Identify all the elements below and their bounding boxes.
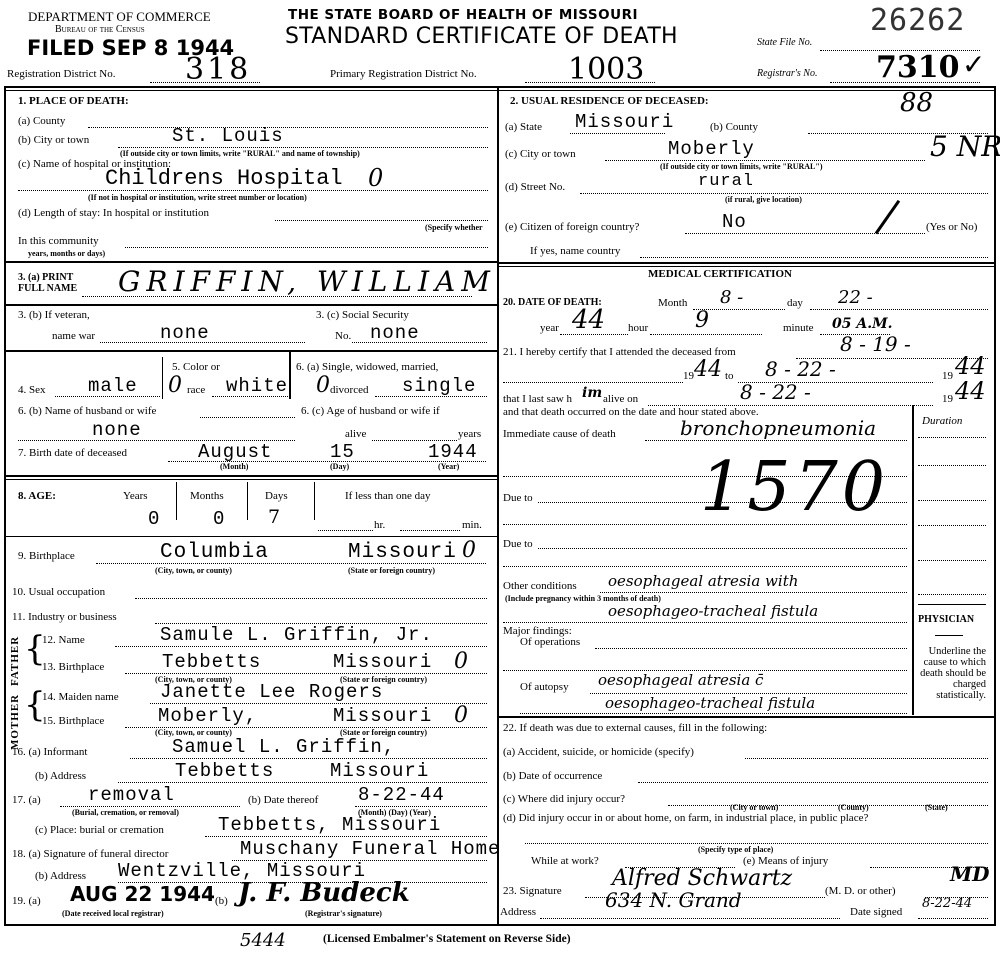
registrar-date-stamp: AUG 22 1944 (70, 882, 215, 906)
md-value[interactable]: MD (950, 862, 989, 886)
mother-birthplace-label: 15. Birthplace (42, 715, 104, 727)
last-saw-label-2: alive on (603, 393, 638, 405)
immediate-cause-label: Immediate cause of death (503, 428, 616, 440)
residence-margin-note-1: 88 (900, 88, 933, 118)
marital-value[interactable]: single (402, 375, 476, 397)
duration-line-6[interactable] (918, 594, 986, 595)
res-city-note: (If outside city or town limits, write "… (660, 162, 823, 171)
full-name-value[interactable]: GRIFFIN, WILLIAM (118, 265, 496, 298)
stay-note: (Specify whether (425, 223, 483, 232)
attend-from-year-line (503, 382, 683, 383)
reg-district-value: 318 (185, 52, 251, 87)
hospital-value[interactable]: Childrens Hospital (105, 166, 343, 191)
birthplace-city-note: (City, town, or county) (155, 566, 232, 575)
disposition-line (60, 806, 240, 807)
dod-hour-label: hour (628, 322, 648, 334)
res-street-line (580, 193, 988, 194)
res-country-field[interactable] (640, 257, 988, 258)
registrar-no-value: 7310 (876, 50, 960, 85)
res-slash-mark (875, 200, 900, 234)
father-birthplace-label: 13. Birthplace (42, 661, 104, 673)
last-saw-year[interactable]: 44 (955, 377, 986, 405)
medical-top-rule-2 (498, 266, 994, 267)
registrar-sig-label: (b) (215, 895, 228, 907)
date-signed-line (918, 918, 988, 919)
age-days-label: Days (265, 490, 288, 502)
race-label-2: race (187, 384, 205, 396)
father-name-label: 12. Name (42, 634, 85, 646)
medical-top-rule (498, 262, 994, 264)
check-mark-icon: ✓ (962, 48, 985, 81)
other-conditions-value-1[interactable]: oesophageal atresia with (608, 572, 798, 590)
mother-name-line (150, 703, 487, 704)
age-col-2 (247, 482, 248, 520)
mother-birthplace-mark: 0 (454, 703, 468, 728)
name-label-2: FULL NAME (18, 283, 77, 294)
spouse-label: 6. (b) Name of husband or wife (18, 405, 156, 417)
residence-heading: 2. USUAL RESIDENCE OF DECEASED: (510, 95, 709, 107)
age-min-label: min. (462, 519, 482, 531)
mother-birthplace-city[interactable]: Moberly, (158, 705, 257, 727)
last-saw-him: im (582, 385, 602, 401)
primary-district-label: Primary Registration District No. (330, 68, 477, 80)
registrar-no-label: Registrar's No. (757, 68, 817, 79)
divider-2 (5, 304, 497, 306)
dod-day-line (810, 309, 988, 310)
age-days-value[interactable]: 7 (268, 506, 280, 528)
attend-from-value[interactable]: 8 - 19 - (840, 332, 911, 356)
informant-address-state[interactable]: Missouri (330, 760, 429, 782)
res-citizen-value[interactable]: No (722, 211, 747, 233)
ss-label-2: No. (335, 330, 351, 342)
funeral-director-label: 18. (a) Signature of funeral director (12, 848, 168, 860)
date-signed-label: Date signed (850, 906, 902, 918)
race-mark: 0 (168, 373, 182, 398)
dod-hour-line (650, 334, 762, 335)
divider-4b (5, 479, 497, 480)
external-a-label: (a) Accident, suicide, or homicide (spec… (503, 746, 694, 758)
divider-1 (5, 261, 497, 263)
disposition-date-line (355, 806, 487, 807)
informant-address-label: (b) Address (35, 770, 86, 782)
embalmer-statement: (Licensed Embalmer's Statement on Revers… (323, 933, 571, 945)
disposition-date-label: (b) Date thereof (248, 794, 318, 806)
informant-line (130, 758, 487, 759)
ss-label-1: 3. (c) Social Security (316, 309, 409, 321)
res-state-value[interactable]: Missouri (575, 111, 674, 133)
res-county-label: (b) County (710, 121, 758, 133)
signature-label: 23. Signature (503, 885, 562, 897)
birthplace-mark: 0 (462, 538, 476, 563)
hospital-note: (If not in hospital or institution, writ… (88, 193, 307, 202)
due-to-2-line-2 (503, 566, 907, 567)
medical-heading: MEDICAL CERTIFICATION (648, 268, 792, 280)
age-hr-label: hr. (374, 519, 385, 531)
mother-name-value[interactable]: Janette Lee Rogers (160, 681, 383, 703)
signature-address-line (540, 918, 840, 919)
age-months-value[interactable]: 0 (213, 508, 225, 530)
top-rule-2 (5, 90, 995, 91)
race-marital-divider (289, 352, 291, 399)
informant-address-city[interactable]: Tebbetts (175, 760, 274, 782)
birth-date-label: 7. Birth date of deceased (18, 447, 127, 459)
county-field[interactable] (88, 127, 488, 128)
birth-month-value[interactable]: August (198, 441, 272, 463)
reg-district-label: Registration District No. (7, 68, 115, 80)
physician-rule (935, 635, 963, 636)
attend-from-year-prefix: 19 (683, 370, 694, 382)
burial-place-line (205, 836, 487, 837)
duration-line-4[interactable] (918, 525, 986, 526)
dod-day-label: day (787, 297, 803, 309)
attend-from-year[interactable]: 44 (694, 357, 722, 382)
name-label-1: 3. (a) PRINT (18, 272, 73, 283)
due-to-2-field[interactable] (538, 548, 907, 549)
duration-line-7 (918, 604, 986, 605)
autopsy-value-2[interactable]: oesophageo-tracheal fistula (605, 694, 815, 712)
occupation-field[interactable] (135, 598, 487, 599)
while-at-work-label: While at work? (531, 855, 599, 867)
signature-address-value[interactable]: 634 N. Grand (605, 888, 742, 912)
autopsy-value-1[interactable]: oesophageal atresia c̄ (598, 671, 763, 689)
res-country-label: If yes, name country (530, 245, 620, 257)
mother-birthplace-state[interactable]: Missouri (333, 705, 432, 727)
bureau-label: Bureau of the Census (55, 24, 145, 35)
age-hr-field[interactable] (318, 530, 373, 531)
county-label: (a) County (18, 115, 65, 127)
res-street-value[interactable]: rural (698, 172, 754, 191)
sex-race-divider (162, 357, 163, 399)
age-years-value[interactable]: 0 (148, 508, 160, 530)
community-note: years, months or days) (28, 249, 105, 258)
spouse-line-1 (200, 417, 295, 418)
veteran-label-2: name war (52, 330, 95, 342)
birth-day-value[interactable]: 15 (330, 441, 355, 463)
father-name-line (115, 646, 487, 647)
due-to-1-label: Due to (503, 492, 533, 504)
operations-label: Of operations (520, 636, 580, 648)
age-min-field[interactable] (400, 530, 460, 531)
immediate-cause-line (645, 440, 907, 441)
attend-to-year-prefix: 19 (942, 370, 953, 382)
due-to-2-label: Due to (503, 538, 533, 550)
coding-number: 1570 (700, 448, 889, 527)
bottom-rule (5, 924, 995, 926)
birthplace-state[interactable]: Missouri (348, 541, 457, 564)
birthplace-label: 9. Birthplace (18, 550, 75, 562)
external-heading: 22. If death was due to external causes,… (503, 722, 767, 734)
informant-label: 16. (a) Informant (12, 746, 87, 758)
dod-month-label: Month (658, 297, 687, 309)
attend-to-label: to (725, 370, 734, 382)
attend-to-value[interactable]: 8 - 22 - (765, 357, 836, 381)
funeral-director-value[interactable]: Muschany Funeral Home (240, 838, 500, 860)
divider-4 (5, 475, 497, 477)
place-of-death-heading: 1. PLACE OF DEATH: (18, 95, 129, 107)
duration-label: Duration (922, 415, 962, 427)
external-b-label: (b) Date of occurrence (503, 770, 602, 782)
sex-value[interactable]: male (88, 375, 138, 397)
race-label-1: 5. Color or (172, 361, 220, 373)
duration-line-3[interactable] (918, 500, 986, 501)
physician-label: PHYSICIAN (918, 614, 974, 625)
external-c-city-note: (City or town) (730, 803, 778, 812)
burial-place-value[interactable]: Tebbetts, Missouri (218, 814, 441, 836)
divider-3 (5, 350, 497, 352)
informant-address-line (118, 782, 487, 783)
burial-place-label: (c) Place: burial or cremation (35, 824, 164, 836)
other-conditions-line-2 (503, 622, 907, 623)
city-field-line (118, 147, 488, 148)
disposition-date-value[interactable]: 8-22-44 (358, 784, 445, 806)
age-years-label: Years (123, 490, 148, 502)
spouse-age-label-2: alive (345, 428, 366, 440)
mother-side-label: MOTHER (9, 694, 21, 750)
external-d-label: (d) Did injury occur in or about home, o… (503, 812, 868, 824)
left-border (4, 86, 6, 926)
last-saw-year-prefix: 19 (942, 393, 953, 405)
city-note: (If outside city or town limits, write "… (120, 149, 360, 158)
external-d-field[interactable] (525, 843, 988, 844)
external-a-field[interactable] (745, 758, 988, 759)
ss-value[interactable]: none (370, 322, 420, 344)
res-city-label: (c) City or town (505, 148, 576, 160)
md-label: (M. D. or other) (825, 885, 896, 897)
right-border (994, 86, 996, 926)
state-file-label: State File No. (757, 37, 812, 48)
spouse-value[interactable]: none (92, 419, 142, 441)
sex-label: 4. Sex (18, 384, 46, 396)
community-label: In this community (18, 235, 99, 247)
signature-address-label: Address (500, 906, 536, 918)
other-conditions-value-2[interactable]: oesophageo-tracheal fistula (608, 602, 818, 620)
date-signed-value[interactable]: 8-22-44 (922, 896, 972, 911)
birth-year-note: (Year) (438, 462, 459, 471)
residence-margin-note-2: 5 NR (930, 130, 1000, 163)
father-name-value[interactable]: Samule L. Griffin, Jr. (160, 624, 433, 646)
external-c-county-note: (County) (838, 803, 869, 812)
duration-line-5[interactable] (918, 560, 986, 561)
res-city-line (605, 160, 925, 161)
res-street-label: (d) Street No. (505, 181, 565, 193)
res-street-note: (if rural, give location) (725, 195, 802, 204)
board-title: THE STATE BOARD OF HEALTH OF MISSOURI (288, 7, 638, 23)
primary-district-value: 1003 (568, 52, 644, 87)
footer-code: 5444 (240, 930, 286, 951)
underline-note: Underline the cause to which death shoul… (914, 646, 986, 701)
autopsy-label: Of autopsy (520, 681, 569, 693)
birthplace-city[interactable]: Columbia (160, 541, 269, 564)
disposition-note: (Burial, cremation, or removal) (72, 808, 179, 817)
res-city-value[interactable]: Moberly (668, 138, 755, 160)
father-side-label: FATHER (9, 636, 21, 686)
immediate-cause-value[interactable]: bronchopneumonia (680, 416, 876, 440)
other-conditions-label: Other conditions (503, 580, 577, 592)
registrar-signature: J. F. Budeck (238, 878, 410, 908)
age-col-3 (314, 482, 315, 520)
marital-label-1: 6. (a) Single, widowed, married, (296, 361, 438, 373)
divider-5 (5, 536, 497, 537)
birth-year-value[interactable]: 1944 (428, 441, 478, 463)
father-birthplace-city[interactable]: Tebbetts (162, 651, 261, 673)
spouse-age-unit: years (458, 428, 481, 440)
occupation-label: 10. Usual occupation (12, 586, 105, 598)
last-saw-label-1: that I last saw h (503, 393, 572, 405)
external-c-state-note: (State) (925, 803, 948, 812)
birth-day-note: (Day) (330, 462, 349, 471)
stay-label: (d) Length of stay: In hospital or insti… (18, 207, 209, 219)
dod-hour-value[interactable]: 9 (695, 308, 709, 333)
hospital-check-mark: 0 (368, 164, 383, 192)
birth-month-note: (Month) (220, 462, 248, 471)
dod-month-value[interactable]: 8 - (720, 287, 743, 308)
veteran-value[interactable]: none (160, 322, 210, 344)
city-label: (b) City or town (18, 134, 89, 146)
registrar-date-note: (Date received local registrar) (62, 909, 164, 918)
autopsy-line-2 (520, 713, 907, 714)
dod-minute-label: minute (783, 322, 814, 334)
external-b-field[interactable] (638, 782, 988, 783)
last-saw-value[interactable]: 8 - 22 - (740, 380, 811, 404)
dept-label: DEPARTMENT OF COMMERCE (28, 9, 211, 25)
res-state-line (570, 133, 665, 134)
top-rule (5, 86, 995, 88)
birthplace-state-note: (State or foreign country) (348, 566, 435, 575)
dod-year-label: year (540, 322, 559, 334)
other-conditions-line-1 (600, 592, 907, 593)
industry-label: 11. Industry or business (12, 611, 117, 623)
registrar-sig-note: (Registrar's signature) (305, 909, 382, 918)
specify-place-note: (Specify type of place) (698, 845, 773, 854)
certificate-title: STANDARD CERTIFICATE OF DEATH (285, 24, 678, 49)
external-top-rule (498, 716, 994, 718)
dod-day-value[interactable]: 22 - (838, 287, 873, 308)
res-state-label: (a) State (505, 121, 542, 133)
center-divider (497, 86, 499, 926)
marital-label-2: divorced (330, 384, 368, 396)
veteran-label-1: 3. (b) If veteran, (18, 309, 90, 321)
informant-value[interactable]: Samuel L. Griffin, (172, 736, 395, 758)
dod-year-value[interactable]: 44 (572, 305, 605, 335)
father-birthplace-line (125, 673, 487, 674)
external-c-label: (c) Where did injury occur? (503, 793, 625, 805)
duration-line-1[interactable] (918, 437, 986, 438)
community-field[interactable] (125, 247, 488, 248)
operations-field[interactable] (595, 648, 907, 649)
res-citizen-line (685, 233, 925, 234)
disposition-value[interactable]: removal (88, 784, 175, 806)
father-birthplace-mark: 0 (454, 649, 468, 674)
age-lt-day-label: If less than one day (345, 490, 431, 502)
duration-line-2[interactable] (918, 465, 986, 466)
race-value[interactable]: white (226, 375, 288, 397)
spouse-age-label-1: 6. (c) Age of husband or wife if (301, 405, 440, 417)
state-file-value: 26262 (870, 3, 965, 38)
registrar-date-label: 19. (a) (12, 895, 41, 907)
age-months-label: Months (190, 490, 224, 502)
dod-minute-value[interactable]: 05 A.M. (832, 316, 892, 332)
stay-field[interactable] (275, 220, 488, 221)
mother-name-label: 14. Maiden name (42, 691, 119, 703)
res-citizen-label: (e) Citizen of foreign country? (505, 221, 639, 233)
father-birthplace-state[interactable]: Missouri (333, 651, 432, 673)
res-citizen-note: (Yes or No) (926, 221, 977, 233)
funeral-address-label: (b) Address (35, 870, 86, 882)
marital-mark: 0 (316, 373, 330, 398)
attend-to-year[interactable]: 44 (955, 352, 986, 380)
disposition-label: 17. (a) (12, 794, 41, 806)
age-col-1 (176, 482, 177, 520)
city-value[interactable]: St. Louis (172, 125, 284, 147)
age-label: 8. AGE: (18, 490, 56, 502)
